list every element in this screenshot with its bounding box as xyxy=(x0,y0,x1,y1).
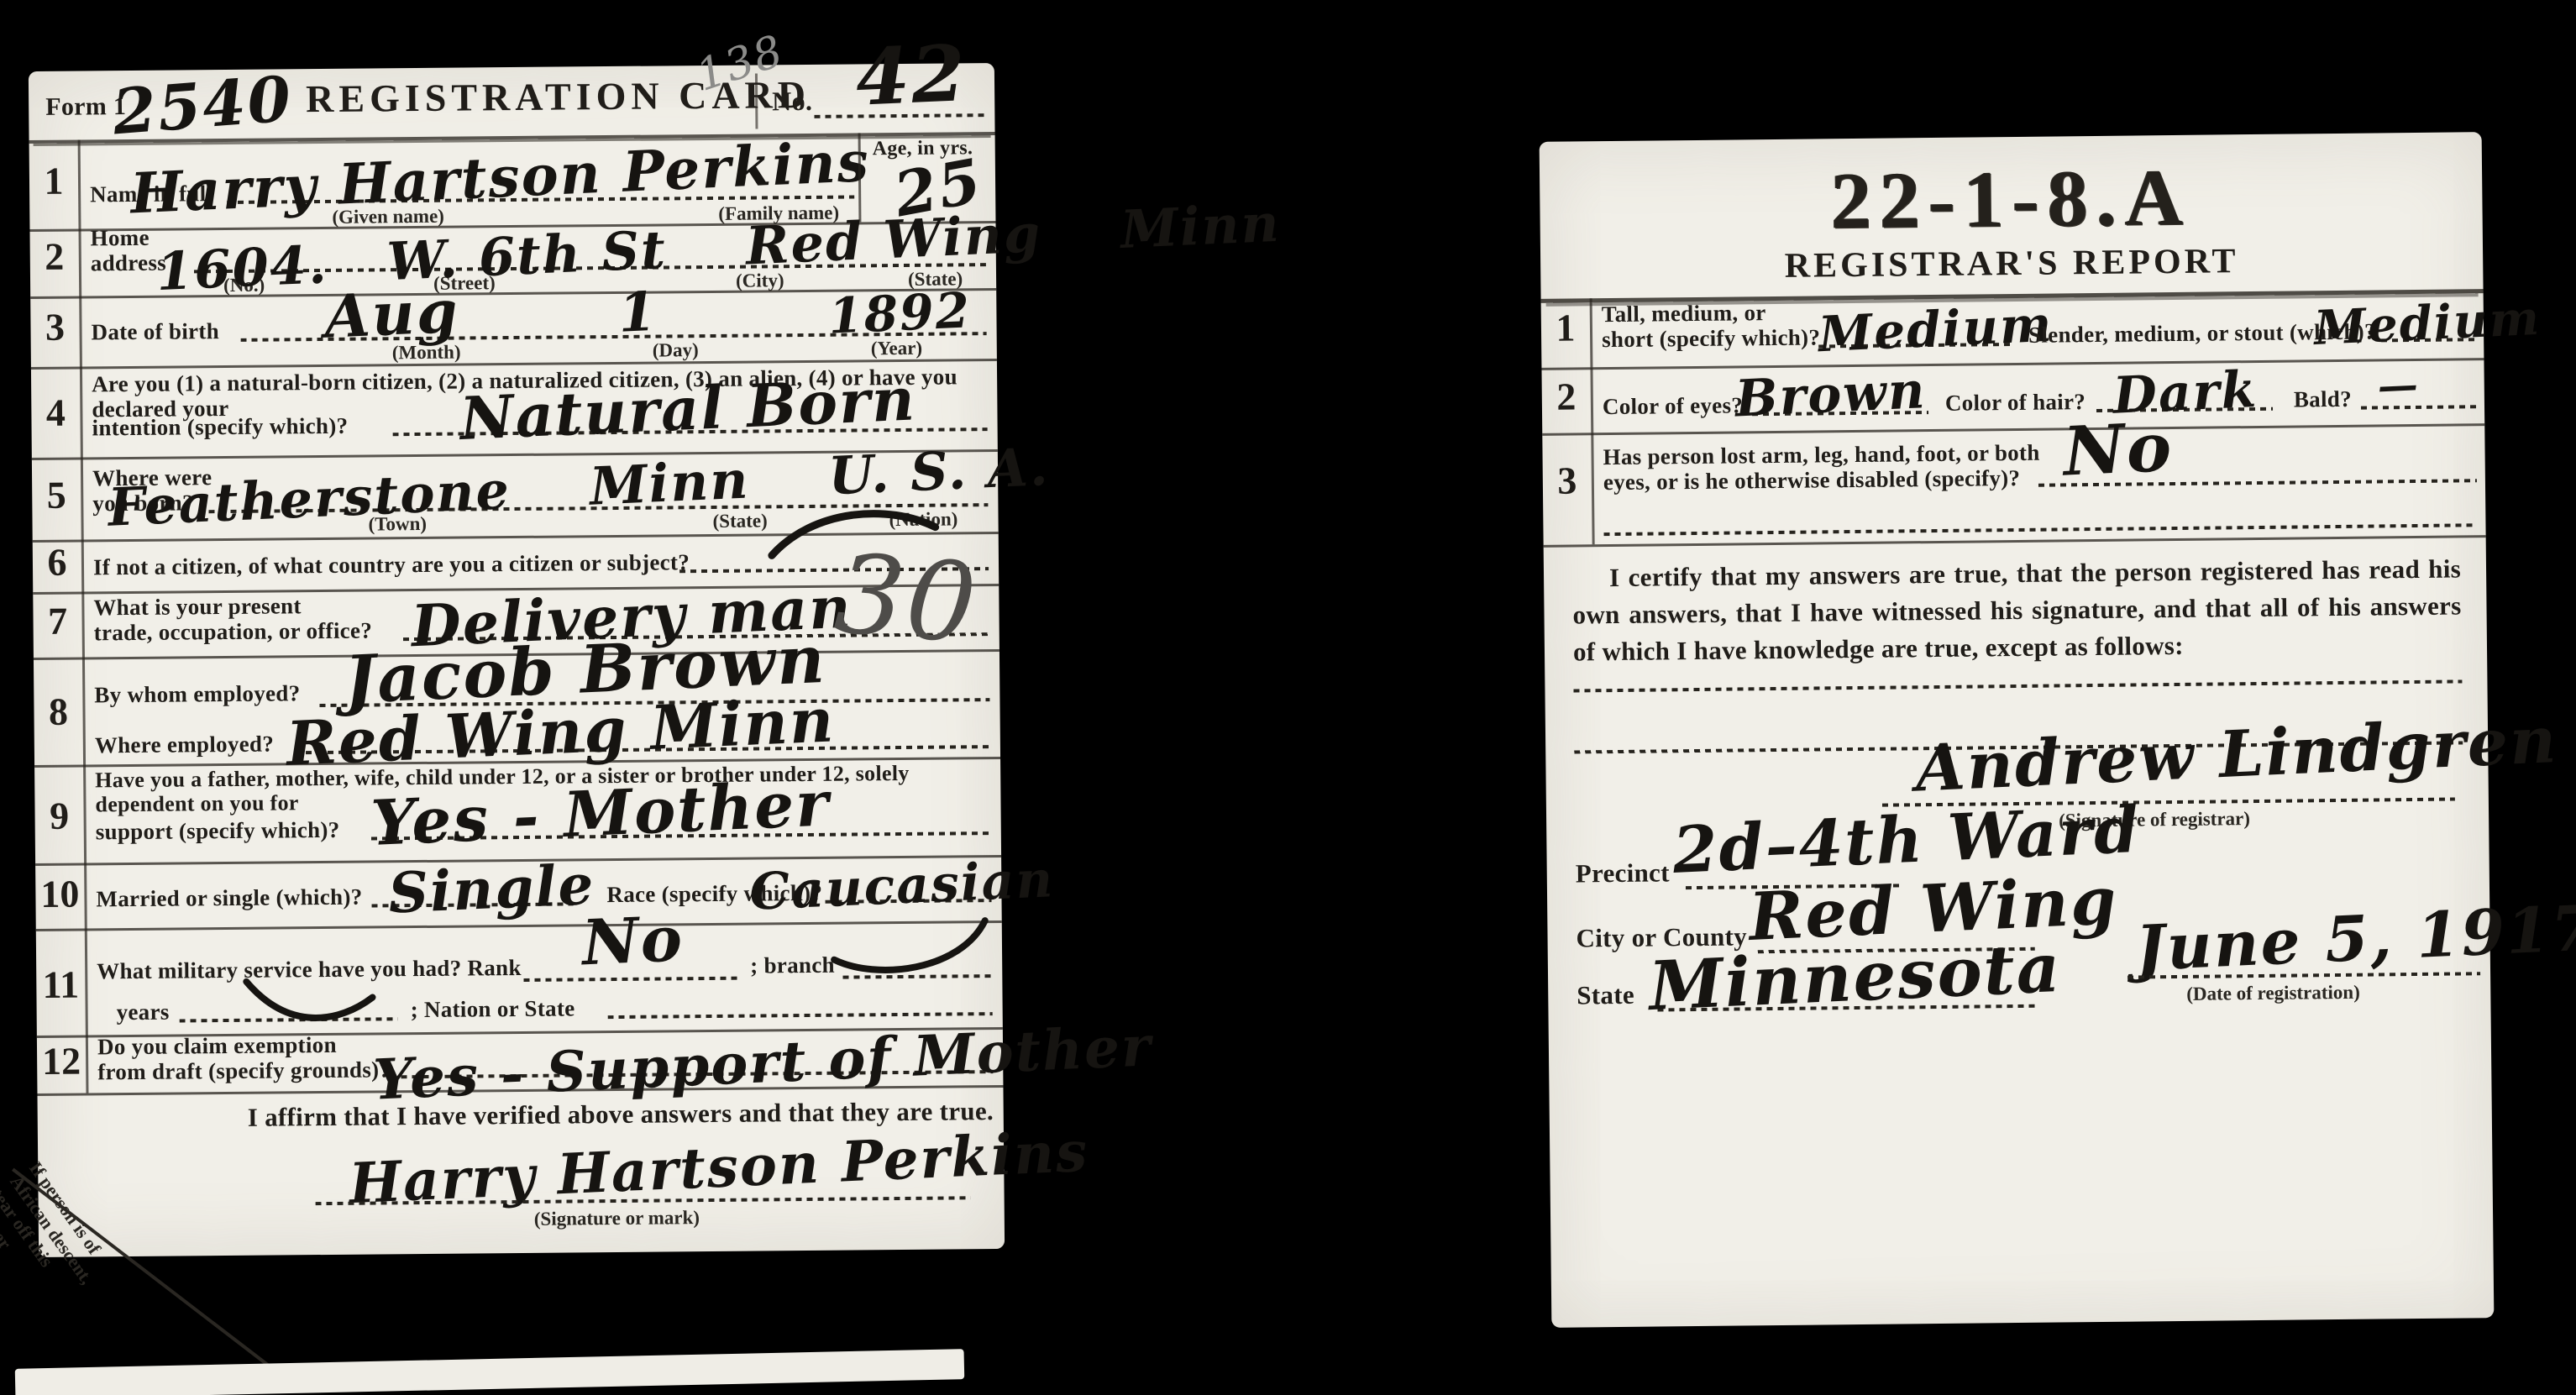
precinct-label: Precinct xyxy=(1576,858,1670,889)
number-column-rule xyxy=(86,1035,89,1093)
affirmation-section: I affirm that I have verified above answ… xyxy=(37,1085,1005,1257)
q11-label-years: years xyxy=(117,999,170,1025)
number-column-rule xyxy=(81,591,85,657)
q2-number: 2 xyxy=(30,234,79,280)
number-column-rule xyxy=(84,863,87,928)
q2-label-line1: Home xyxy=(90,224,149,250)
q6-number: 6 xyxy=(33,540,81,585)
form-number-handwritten: 2540 xyxy=(111,68,295,144)
q10-label-married: Married or single (which)? xyxy=(96,884,362,911)
r1-label-line2: short (specify which)? xyxy=(1602,324,1820,352)
r2-number: 2 xyxy=(1542,374,1592,419)
q8-label-where: Where employed? xyxy=(95,731,274,758)
r3-label-line2: eyes, or is he otherwise disabled (speci… xyxy=(1603,465,2021,495)
r3-answer-handwritten: No xyxy=(2062,413,2175,485)
q9-number: 9 xyxy=(34,794,83,839)
corner-tear-note: If person is of African descent, tear of… xyxy=(0,1157,118,1315)
q1-number: 1 xyxy=(29,159,78,204)
q11-label-branch: ; branch xyxy=(750,952,835,978)
certify-paragraph: I certify that my answers are true, that… xyxy=(1572,550,2462,670)
q7-label: What is your presenttrade, occupation, o… xyxy=(93,592,372,645)
header-divider xyxy=(755,73,758,128)
number-column-rule xyxy=(1590,298,1593,367)
q12-label-line1: Do you claim exemption xyxy=(97,1031,337,1058)
no-value-handwritten: 42 xyxy=(854,34,968,117)
r1-number: 1 xyxy=(1541,305,1591,350)
q11-dotted-line-nation xyxy=(608,1012,993,1019)
q4-answer-handwritten: Natural Born xyxy=(459,370,917,448)
q7-label-line1: What is your present xyxy=(93,593,302,620)
state-label: State xyxy=(1577,981,1634,1010)
r3-dotted-line-2 xyxy=(1604,523,2478,536)
exceptions-dotted-line-1 xyxy=(1573,679,2462,692)
row-q8-employer: 8 By whom employed? Jacob Brown Where em… xyxy=(34,649,1000,768)
q8-label-by-whom: By whom employed? xyxy=(94,680,300,707)
r1-label-line1: Tall, medium, or xyxy=(1602,300,1766,327)
number-column-rule xyxy=(81,539,85,591)
q12-label-line2: from draft (specify grounds)? xyxy=(97,1057,391,1084)
number-column-rule xyxy=(85,928,88,1035)
date-label: (Date of registration) xyxy=(2186,982,2360,1005)
report-header: 22-1-8.A REGISTRAR'S REPORT xyxy=(1540,132,2484,303)
q7-number: 7 xyxy=(33,599,81,644)
number-column-rule xyxy=(1590,367,1593,433)
q11-label-nation: ; Nation or State xyxy=(410,995,574,1022)
row-r3-disability: 3 Has person lost arm, leg, hand, foot, … xyxy=(1542,423,2485,548)
scanned-document-page: { "left": { "form_label": "Form 1", "for… xyxy=(0,0,2576,1395)
number-column-rule xyxy=(82,657,86,764)
number-column-rule xyxy=(78,229,81,296)
q3-label: Date of birth xyxy=(91,318,219,345)
r2-label-bald: Bald? xyxy=(2294,386,2352,412)
q11-answer-rank-handwritten: No xyxy=(580,908,685,974)
number-column-rule xyxy=(79,296,82,367)
number-column-rule xyxy=(80,366,83,457)
registration-date-handwritten: June 5, 1917 xyxy=(2134,897,2576,980)
r3-label: Has person lost arm, leg, hand, foot, or… xyxy=(1603,440,2040,496)
q3-number: 3 xyxy=(30,305,79,350)
q12-number: 12 xyxy=(37,1038,86,1083)
certification-section: I certify that my answers are true, that… xyxy=(1544,535,2495,1328)
r2-answer-eyes-handwritten: Brown xyxy=(1734,365,1928,424)
registrar-signature-handwritten: Andrew Lindgren xyxy=(1914,708,2559,801)
q4-label-line2: intention (specify which)? xyxy=(92,413,348,441)
q10-answer2-handwritten: Caucasian xyxy=(748,854,1055,918)
r1-label-height: Tall, medium, orshort (specify which)? xyxy=(1602,299,1821,352)
r2-label-eyes: Color of eyes? xyxy=(1603,392,1743,419)
q7-pencil-30: 30 xyxy=(831,539,981,659)
row-q3-date-of-birth: 3 Date of birth (Month) (Day) (Year) Aug… xyxy=(30,288,997,370)
r1-answer1-handwritten: Medium xyxy=(1818,300,2054,359)
signature-label: (Signature or mark) xyxy=(534,1207,700,1230)
q11-number: 11 xyxy=(36,962,85,1007)
next-card-edge xyxy=(15,1349,965,1395)
registration-card: Form 1 2540 REGISTRATION CARD 138 No. 42… xyxy=(29,63,1005,1257)
q5-sub-state: (State) xyxy=(712,510,767,532)
number-column-rule xyxy=(83,764,87,863)
row-q11-military: 11 What military service have you had? R… xyxy=(36,920,1003,1038)
row-q9-dependents: 9 Have you a father, mother, wife, child… xyxy=(34,757,1001,866)
number-column-rule xyxy=(81,457,84,539)
number-column-rule xyxy=(78,140,81,229)
row-r1-build: 1 Tall, medium, orshort (specify which)?… xyxy=(1541,289,2484,370)
q3-day-handwritten: 1 xyxy=(617,286,658,341)
no-label: No. xyxy=(772,87,812,117)
q5-number: 5 xyxy=(32,473,81,518)
registrars-report-card: 22-1-8.A REGISTRAR'S REPORT 1 Tall, medi… xyxy=(1540,132,2495,1328)
pen-flourish-branch xyxy=(826,912,994,989)
q9-label-line2: support (specify which)? xyxy=(96,817,340,845)
q10-number: 10 xyxy=(35,872,84,917)
pen-flourish-years xyxy=(229,972,381,1041)
q9-answer-handwritten: Yes - Mother xyxy=(370,773,831,855)
q8-number: 8 xyxy=(34,690,82,735)
q10-answer1-handwritten: Single xyxy=(387,857,596,921)
q7-label-line2: trade, occupation, or office? xyxy=(94,617,373,645)
q3-year-handwritten: 1892 xyxy=(827,286,972,340)
q6-label: If not a citizen, of what country are yo… xyxy=(93,549,690,580)
q3-month-handwritten: Aug xyxy=(323,282,460,347)
q4-number: 4 xyxy=(31,391,80,436)
state-value-handwritten: Minnesota xyxy=(1648,934,2063,1020)
r2-answer-bald-handwritten: — xyxy=(2377,364,2421,406)
report-stamp-number: 22-1-8.A xyxy=(1540,147,2483,250)
r1-answer2-handwritten: Medium xyxy=(2313,295,2542,352)
q12-label: Do you claim exemptionfrom draft (specif… xyxy=(97,1031,391,1085)
q3-sub-day: (Day) xyxy=(653,339,699,361)
r3-number: 3 xyxy=(1543,458,1592,503)
